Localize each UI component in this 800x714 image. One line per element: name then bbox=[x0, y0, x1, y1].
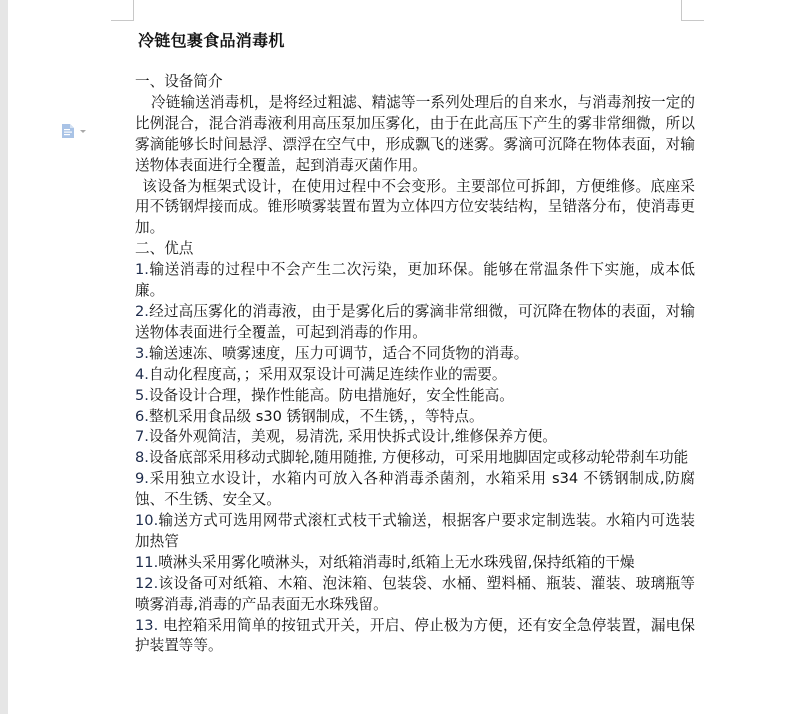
intro-paragraph-2: 该设备为框架式设计，在使用过程中不会变形。主要部位可拆卸，方便维修。底座采用不锈… bbox=[135, 177, 695, 240]
document-body: 冷链包裹食品消毒机 一、设备简介 冷链输送消毒机，是将经过粗滤、精滤等一系列处理… bbox=[135, 30, 695, 657]
window-left-gutter bbox=[0, 0, 8, 714]
item-number: 8. bbox=[135, 449, 149, 466]
advantage-item: 8.设备底部采用移动式脚轮,随用随推, 方便移动，可采用地脚固定或移动轮带刹车功… bbox=[135, 448, 695, 469]
item-text: 采用独立水设计，水箱内可放入各种消毒杀菌剂，水箱采用 s34 不锈钢制成,防腐蚀… bbox=[135, 470, 695, 508]
item-number: 7. bbox=[135, 428, 149, 445]
advantage-item: 9.采用独立水设计，水箱内可放入各种消毒杀菌剂，水箱采用 s34 不锈钢制成,防… bbox=[135, 469, 695, 511]
item-number: 13. bbox=[135, 617, 158, 634]
advantage-item: 3.输送速冻、喷雾速度，压力可调节，适合不同货物的消毒。 bbox=[135, 344, 695, 365]
item-text: 设备外观简洁，美观，易清洗, 采用快拆式设计,维修保养方便。 bbox=[149, 428, 557, 445]
item-text: 输送速冻、喷雾速度，压力可调节，适合不同货物的消毒。 bbox=[149, 345, 528, 362]
page-margin-corner-top-right bbox=[681, 0, 704, 21]
item-number: 11. bbox=[135, 554, 158, 571]
advantage-item: 10.输送方式可选用网带式滚杠式枝干式输送，根据客户要求定制选装。水箱内可选装加… bbox=[135, 511, 695, 553]
item-text: 电控箱采用简单的按钮式开关，开启、停止极为方便，还有安全急停装置，漏电保护装置等… bbox=[135, 617, 695, 655]
item-text: 整机采用食品级 s30 锈钢制成，不生锈，，等特点。 bbox=[149, 408, 484, 425]
section-heading-advantages: 二、优点 bbox=[135, 239, 695, 260]
advantage-item: 6.整机采用食品级 s30 锈钢制成，不生锈，，等特点。 bbox=[135, 407, 695, 428]
page-margin-corner-top-left bbox=[111, 0, 134, 21]
advantage-item: 5.设备设计合理，操作性能高。防电措施好，安全性能高。 bbox=[135, 386, 695, 407]
advantage-item: 4.自动化程度高，；采用双泵设计可满足连续作业的需要。 bbox=[135, 365, 695, 386]
advantage-item: 12.该设备可对纸箱、木箱、泡沫箱、包装袋、水桶、塑料桶、瓶装、灌装、玻璃瓶等喷… bbox=[135, 574, 695, 616]
advantage-item: 13. 电控箱采用简单的按钮式开关，开启、停止极为方便，还有安全急停装置，漏电保… bbox=[135, 616, 695, 658]
advantage-item: 11.喷淋头采用雾化喷淋头，对纸箱消毒时,纸箱上无水珠残留,保持纸箱的干燥 bbox=[135, 553, 695, 574]
item-number: 12. bbox=[135, 575, 158, 592]
item-text: 设备底部采用移动式脚轮,随用随推, 方便移动，可采用地脚固定或移动轮带刹车功能 bbox=[149, 449, 688, 466]
item-text: 喷淋头采用雾化喷淋头，对纸箱消毒时,纸箱上无水珠残留,保持纸箱的干燥 bbox=[158, 554, 634, 571]
item-number: 5. bbox=[135, 387, 149, 404]
caret-down-icon bbox=[80, 130, 86, 133]
document-icon bbox=[62, 124, 74, 138]
item-text: 自动化程度高，；采用双泵设计可满足连续作业的需要。 bbox=[149, 366, 507, 383]
item-number: 1. bbox=[135, 261, 149, 278]
item-number: 6. bbox=[135, 408, 149, 425]
intro-paragraph-1: 冷链输送消毒机，是将经过粗滤、精滤等一系列处理后的自来水，与消毒剂按一定的比例混… bbox=[135, 93, 695, 177]
paragraph-options-button[interactable] bbox=[62, 124, 86, 138]
item-text: 输送方式可选用网带式滚杠式枝干式输送，根据客户要求定制选装。水箱内可选装加热管 bbox=[135, 512, 695, 550]
document-page: 冷链包裹食品消毒机 一、设备简介 冷链输送消毒机，是将经过粗滤、精滤等一系列处理… bbox=[8, 0, 800, 714]
item-text: 设备设计合理，操作性能高。防电措施好，安全性能高。 bbox=[149, 387, 514, 404]
item-number: 3. bbox=[135, 345, 149, 362]
item-text: 经过高压雾化的消毒液，由于是雾化后的雾滴非常细微，可沉降在物体的表面，对输送物体… bbox=[135, 303, 695, 341]
advantage-item: 2.经过高压雾化的消毒液，由于是雾化后的雾滴非常细微，可沉降在物体的表面，对输送… bbox=[135, 302, 695, 344]
document-title: 冷链包裹食品消毒机 bbox=[138, 30, 695, 52]
advantage-item: 7.设备外观简洁，美观，易清洗, 采用快拆式设计,维修保养方便。 bbox=[135, 427, 695, 448]
item-number: 9. bbox=[135, 470, 149, 487]
item-text: 该设备可对纸箱、木箱、泡沫箱、包装袋、水桶、塑料桶、瓶装、灌装、玻璃瓶等喷雾消毒… bbox=[135, 575, 695, 613]
item-number: 2. bbox=[135, 303, 149, 320]
item-number: 10. bbox=[135, 512, 158, 529]
item-text: 输送消毒的过程中不会产生二次污染，更加环保。能够在常温条件下实施，成本低廉。 bbox=[135, 261, 695, 299]
advantage-item: 1.输送消毒的过程中不会产生二次污染，更加环保。能够在常温条件下实施，成本低廉。 bbox=[135, 260, 695, 302]
item-number: 4. bbox=[135, 366, 149, 383]
section-heading-intro: 一、设备简介 bbox=[135, 72, 695, 93]
